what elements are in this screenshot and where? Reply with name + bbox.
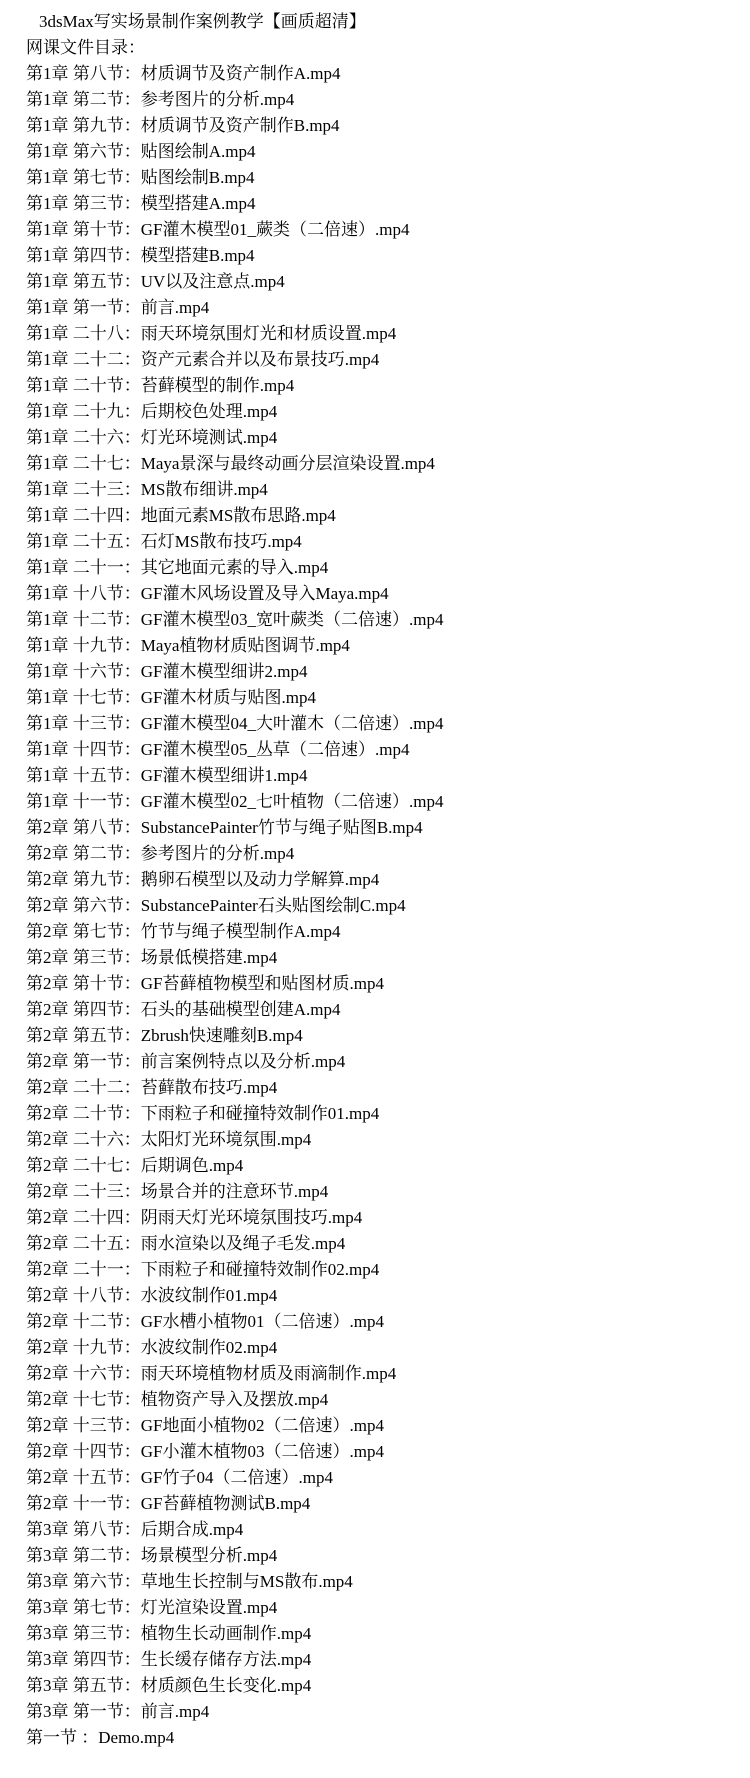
file-item: 第2章 十九节：水波纹制作02.mp4 xyxy=(26,1335,742,1361)
file-item: 第3章 第七节：灯光渲染设置.mp4 xyxy=(26,1595,742,1621)
file-item: 第1章 二十二：资产元素合并以及布景技巧.mp4 xyxy=(26,347,742,373)
file-item: 第2章 二十七：后期调色.mp4 xyxy=(26,1153,742,1179)
file-item: 第2章 第九节：鹅卵石模型以及动力学解算.mp4 xyxy=(26,867,742,893)
file-item: 第1章 二十五：石灯MS散布技巧.mp4 xyxy=(26,529,742,555)
file-item: 第1章 二十一：其它地面元素的导入.mp4 xyxy=(26,555,742,581)
file-item: 第1章 二十六：灯光环境测试.mp4 xyxy=(26,425,742,451)
file-item: 第1章 十九节：Maya植物材质贴图调节.mp4 xyxy=(26,633,742,659)
file-item: 第2章 十七节：植物资产导入及摆放.mp4 xyxy=(26,1387,742,1413)
file-item: 第1章 第九节：材质调节及资产制作B.mp4 xyxy=(26,113,742,139)
file-item: 第3章 第四节：生长缓存储存方法.mp4 xyxy=(26,1647,742,1673)
file-item: 第2章 二十四：阴雨天灯光环境氛围技巧.mp4 xyxy=(26,1205,742,1231)
file-item: 第3章 第六节：草地生长控制与MS散布.mp4 xyxy=(26,1569,742,1595)
file-item: 第2章 二十一：下雨粒子和碰撞特效制作02.mp4 xyxy=(26,1257,742,1283)
file-item: 第1章 第五节：UV以及注意点.mp4 xyxy=(26,269,742,295)
file-item: 第1章 十四节：GF灌木模型05_丛草（二倍速）.mp4 xyxy=(26,737,742,763)
file-item: 第1章 二十四：地面元素MS散布思路.mp4 xyxy=(26,503,742,529)
file-item: 第2章 第六节：SubstancePainter石头贴图绘制C.mp4 xyxy=(26,893,742,919)
file-item: 第1章 二十三：MS散布细讲.mp4 xyxy=(26,477,742,503)
file-item: 第1章 第七节：贴图绘制B.mp4 xyxy=(26,165,742,191)
file-item: 第2章 二十节：下雨粒子和碰撞特效制作01.mp4 xyxy=(26,1101,742,1127)
file-item: 第2章 第五节：Zbrush快速雕刻B.mp4 xyxy=(26,1023,742,1049)
file-item: 第1章 第四节：模型搭建B.mp4 xyxy=(26,243,742,269)
file-item: 第一节 ：Demo.mp4 xyxy=(26,1725,742,1751)
course-file-listing: 3dsMax写实场景制作案例教学【画质超清】 网课文件目录： 第1章 第八节：材… xyxy=(0,0,750,1751)
file-item: 第1章 第二节：参考图片的分析.mp4 xyxy=(26,87,742,113)
file-item: 第1章 第十节：GF灌木模型01_蕨类（二倍速）.mp4 xyxy=(26,217,742,243)
file-item: 第1章 十三节：GF灌木模型04_大叶灌木（二倍速）.mp4 xyxy=(26,711,742,737)
file-item: 第1章 十八节：GF灌木风场设置及导入Maya.mp4 xyxy=(26,581,742,607)
file-item: 第2章 二十三：场景合并的注意环节.mp4 xyxy=(26,1179,742,1205)
file-item: 第3章 第二节：场景模型分析.mp4 xyxy=(26,1543,742,1569)
file-item: 第2章 第二节：参考图片的分析.mp4 xyxy=(26,841,742,867)
file-item: 第2章 十六节：雨天环境植物材质及雨滴制作.mp4 xyxy=(26,1361,742,1387)
file-item: 第3章 第一节：前言.mp4 xyxy=(26,1699,742,1725)
file-item: 第1章 十五节：GF灌木模型细讲1.mp4 xyxy=(26,763,742,789)
file-item: 第3章 第三节：植物生长动画制作.mp4 xyxy=(26,1621,742,1647)
file-item: 第2章 第十节：GF苔藓植物模型和贴图材质.mp4 xyxy=(26,971,742,997)
file-item: 第1章 十一节：GF灌木模型02_七叶植物（二倍速）.mp4 xyxy=(26,789,742,815)
file-item: 第2章 十三节：GF地面小植物02（二倍速）.mp4 xyxy=(26,1413,742,1439)
file-item: 第1章 二十九：后期校色处理.mp4 xyxy=(26,399,742,425)
file-item: 第2章 十八节：水波纹制作01.mp4 xyxy=(26,1283,742,1309)
file-item: 第2章 十二节：GF水槽小植物01（二倍速）.mp4 xyxy=(26,1309,742,1335)
file-item: 第1章 十六节：GF灌木模型细讲2.mp4 xyxy=(26,659,742,685)
file-item: 第2章 十五节：GF竹子04（二倍速）.mp4 xyxy=(26,1465,742,1491)
file-item: 第2章 二十六：太阳灯光环境氛围.mp4 xyxy=(26,1127,742,1153)
file-item: 第2章 二十二：苔藓散布技巧.mp4 xyxy=(26,1075,742,1101)
file-item: 第2章 十四节：GF小灌木植物03（二倍速）.mp4 xyxy=(26,1439,742,1465)
file-item: 第2章 二十五：雨水渲染以及绳子毛发.mp4 xyxy=(26,1231,742,1257)
file-item: 第2章 第八节：SubstancePainter竹节与绳子贴图B.mp4 xyxy=(26,815,742,841)
file-item: 第1章 十七节：GF灌木材质与贴图.mp4 xyxy=(26,685,742,711)
file-item: 第1章 第一节：前言.mp4 xyxy=(26,295,742,321)
file-item: 第3章 第五节：材质颜色生长变化.mp4 xyxy=(26,1673,742,1699)
file-item: 第1章 第三节：模型搭建A.mp4 xyxy=(26,191,742,217)
file-item: 第1章 第六节：贴图绘制A.mp4 xyxy=(26,139,742,165)
file-item: 第1章 二十七：Maya景深与最终动画分层渲染设置.mp4 xyxy=(26,451,742,477)
file-item: 第2章 十一节：GF苔藓植物测试B.mp4 xyxy=(26,1491,742,1517)
list-heading: 网课文件目录： xyxy=(26,35,742,61)
file-item: 第2章 第一节：前言案例特点以及分析.mp4 xyxy=(26,1049,742,1075)
file-list: 第1章 第八节：材质调节及资产制作A.mp4第1章 第二节：参考图片的分析.mp… xyxy=(26,61,742,1751)
file-item: 第1章 十二节：GF灌木模型03_宽叶蕨类（二倍速）.mp4 xyxy=(26,607,742,633)
file-item: 第2章 第七节：竹节与绳子模型制作A.mp4 xyxy=(26,919,742,945)
file-item: 第3章 第八节：后期合成.mp4 xyxy=(26,1517,742,1543)
file-item: 第1章 二十节：苔藓模型的制作.mp4 xyxy=(26,373,742,399)
page-title: 3dsMax写实场景制作案例教学【画质超清】 xyxy=(26,9,742,35)
file-item: 第1章 第八节：材质调节及资产制作A.mp4 xyxy=(26,61,742,87)
file-item: 第2章 第四节：石头的基础模型创建A.mp4 xyxy=(26,997,742,1023)
file-item: 第1章 二十八：雨天环境氛围灯光和材质设置.mp4 xyxy=(26,321,742,347)
file-item: 第2章 第三节：场景低模搭建.mp4 xyxy=(26,945,742,971)
